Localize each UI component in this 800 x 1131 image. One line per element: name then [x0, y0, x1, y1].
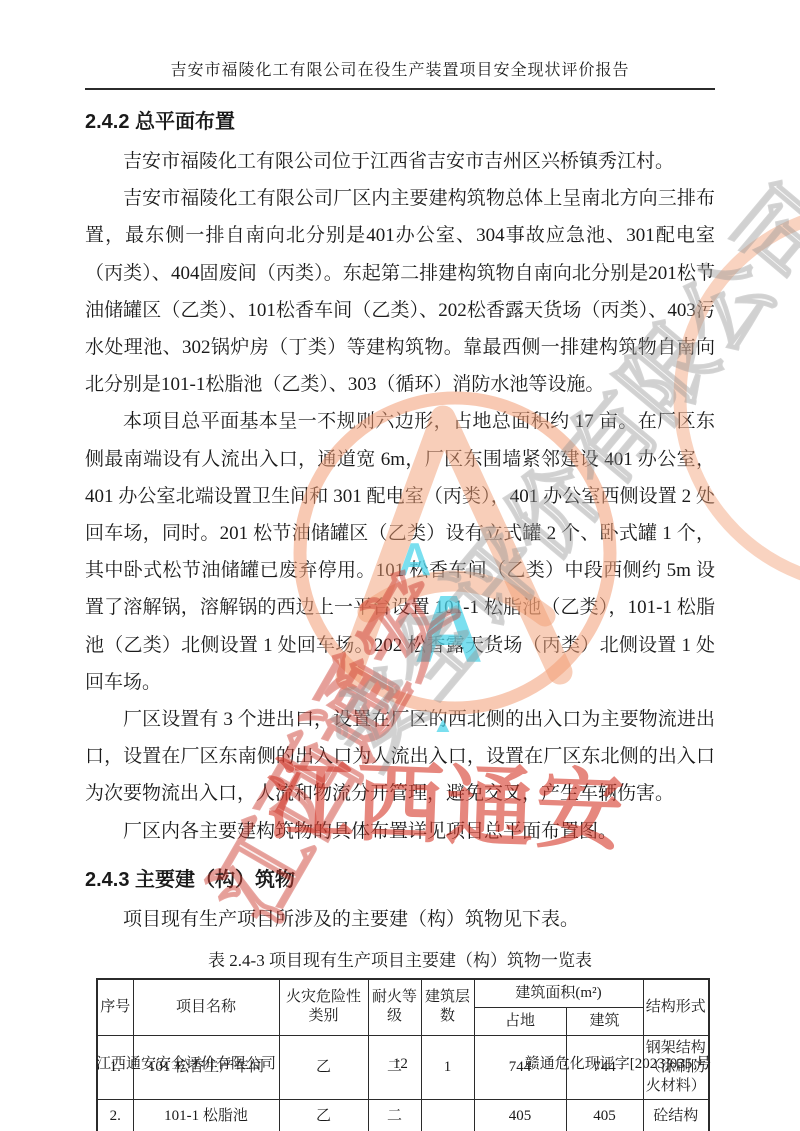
cell-area-land: 405: [474, 1099, 566, 1131]
cell-fire-class: 乙: [279, 1099, 368, 1131]
page-footer: 江西通安安全评价有限公司 12 赣通危化现评字[2023]035 号: [85, 1052, 715, 1073]
paragraph: 吉安市福陵化工有限公司厂区内主要建构筑物总体上呈南北方向三排布置，最东侧一排自南…: [85, 180, 715, 403]
cell-area-build: 405: [566, 1099, 643, 1131]
page-header: 吉安市福陵化工有限公司在役生产装置项目安全现状评价报告: [85, 0, 715, 90]
paragraph: 本项目总平面基本呈一不规则六边形，占地总面积约 17 亩。在厂区东侧最南端设有人…: [85, 403, 715, 701]
col-header-floors: 建筑层数: [421, 979, 474, 1035]
section-heading-243: 2.4.3 主要建（构）筑物: [85, 863, 715, 892]
paragraph: 厂区内各主要建构筑物的具体布置详见项目总平面布置图。: [85, 813, 715, 850]
cell-floors: [421, 1099, 474, 1131]
footer-page-number: 12: [393, 1056, 408, 1073]
table-row: 2. 101-1 松脂池 乙 二 405 405 砼结构: [97, 1099, 709, 1131]
col-header-structure: 结构形式: [643, 979, 709, 1035]
col-header-fire-class: 火灾危险性类别: [279, 979, 368, 1035]
table-caption: 表 2.4-3 项目现有生产项目主要建（构）筑物一览表: [85, 946, 715, 971]
document-page: 吉安市福陵化工有限公司在役生产装置项目安全现状评价报告 2.4.2 总平面布置 …: [0, 0, 800, 1131]
col-header-name: 项目名称: [133, 979, 279, 1035]
paragraph: 厂区设置有 3 个进出口，设置在厂区的西北侧的出入口为主要物流进出口，设置在厂区…: [85, 701, 715, 813]
report-title: 吉安市福陵化工有限公司在役生产装置项目安全现状评价报告: [170, 62, 629, 79]
col-header-no: 序号: [97, 979, 133, 1035]
cell-no: 2.: [97, 1099, 133, 1131]
page-content: 2.4.2 总平面布置 吉安市福陵化工有限公司位于江西省吉安市吉州区兴桥镇秀江村…: [85, 92, 715, 1131]
cell-structure: 砼结构: [643, 1099, 709, 1131]
paragraph: 吉安市福陵化工有限公司位于江西省吉安市吉州区兴桥镇秀江村。: [85, 143, 715, 180]
col-header-area-build: 建筑: [566, 1007, 643, 1035]
footer-company: 江西通安安全评价有限公司: [96, 1052, 276, 1073]
cell-name: 101-1 松脂池: [133, 1099, 279, 1131]
paragraph: 项目现有生产项目所涉及的主要建（构）筑物见下表。: [85, 901, 715, 938]
cell-fire-rating: 二: [368, 1099, 421, 1131]
col-header-fire-rating: 耐火等级: [368, 979, 421, 1035]
footer-doc-number: 赣通危化现评字[2023]035 号: [525, 1052, 711, 1073]
col-header-area-land: 占地: [474, 1007, 566, 1035]
section-heading-242: 2.4.2 总平面布置: [85, 105, 715, 134]
col-header-area-group: 建筑面积(m²): [474, 979, 643, 1007]
